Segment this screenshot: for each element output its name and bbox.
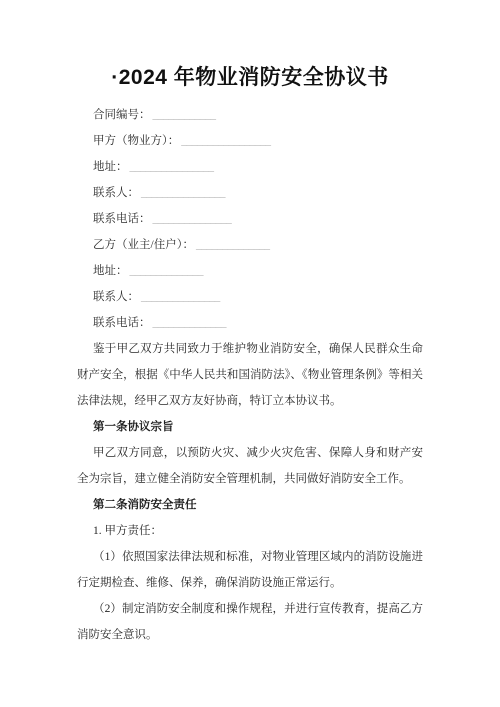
document-page: ·2024 年物业消防安全协议书 合同编号：____________ 甲方（物业… — [0, 0, 500, 707]
document-title: ·2024 年物业消防安全协议书 — [77, 64, 423, 92]
field-blank-party-a: _________________ — [181, 135, 270, 147]
field-label-contract-no: 合同编号： — [93, 109, 151, 121]
clause-paragraph-2: （2）制定消防安全制度和操作规程，并进行宣传教育，提高乙方消防安全意识。 — [77, 596, 423, 648]
field-label-address-a: 地址： — [93, 161, 128, 173]
field-label-party-b: 乙方（业主/住户）： — [93, 239, 194, 251]
field-row-phone-a: 联系电话：_______________ — [77, 206, 423, 232]
field-label-contact-a: 联系人： — [93, 187, 139, 199]
field-row-phone-b: 联系电话：______________ — [77, 310, 423, 336]
field-blank-phone-b: ______________ — [153, 317, 227, 329]
preamble-paragraph: 鉴于甲乙双方共同致力于维护物业消防安全，确保人民群众生命财产安全，根据《中华人民… — [77, 336, 423, 414]
field-row-contact-a: 联系人：________________ — [77, 180, 423, 206]
field-blank-phone-a: _______________ — [153, 213, 232, 225]
field-label-party-a: 甲方（物业方）： — [93, 135, 179, 147]
clause-paragraph-1: （1）依照国家法律法规和标准，对物业管理区域内的消防设施进行定期检查、维修、保养… — [77, 544, 423, 596]
field-blank-contact-a: ________________ — [141, 187, 225, 199]
purpose-paragraph: 甲乙双方同意，以预防火灾、减少火灾危害、保障人身和财产安全为宗旨，建立健全消防安… — [77, 440, 423, 492]
section-heading-responsibility: 第二条消防安全责任 — [77, 492, 423, 518]
field-label-phone-a: 联系电话： — [93, 213, 151, 225]
field-row-party-a: 甲方（物业方）：_________________ — [77, 128, 423, 154]
party-a-responsibility-label: 1. 甲方责任： — [77, 518, 423, 544]
section-heading-purpose: 第一条协议宗旨 — [77, 414, 423, 440]
field-row-party-b: 乙方（业主/住户）：______________ — [77, 232, 423, 258]
field-label-phone-b: 联系电话： — [93, 317, 151, 329]
field-label-contact-b: 联系人： — [93, 291, 139, 303]
document-content: 合同编号：____________ 甲方（物业方）：______________… — [77, 102, 423, 648]
field-blank-contact-b: _______________ — [141, 291, 220, 303]
field-row-address-b: 地址：______________ — [77, 258, 423, 284]
field-row-contract-no: 合同编号：____________ — [77, 102, 423, 128]
field-label-address-b: 地址： — [93, 265, 128, 277]
field-blank-contract-no: ____________ — [153, 109, 216, 121]
field-row-contact-b: 联系人：_______________ — [77, 284, 423, 310]
field-blank-party-b: ______________ — [196, 239, 270, 251]
field-row-address-a: 地址：________________ — [77, 154, 423, 180]
field-blank-address-a: ________________ — [130, 161, 214, 173]
field-blank-address-b: ______________ — [130, 265, 204, 277]
